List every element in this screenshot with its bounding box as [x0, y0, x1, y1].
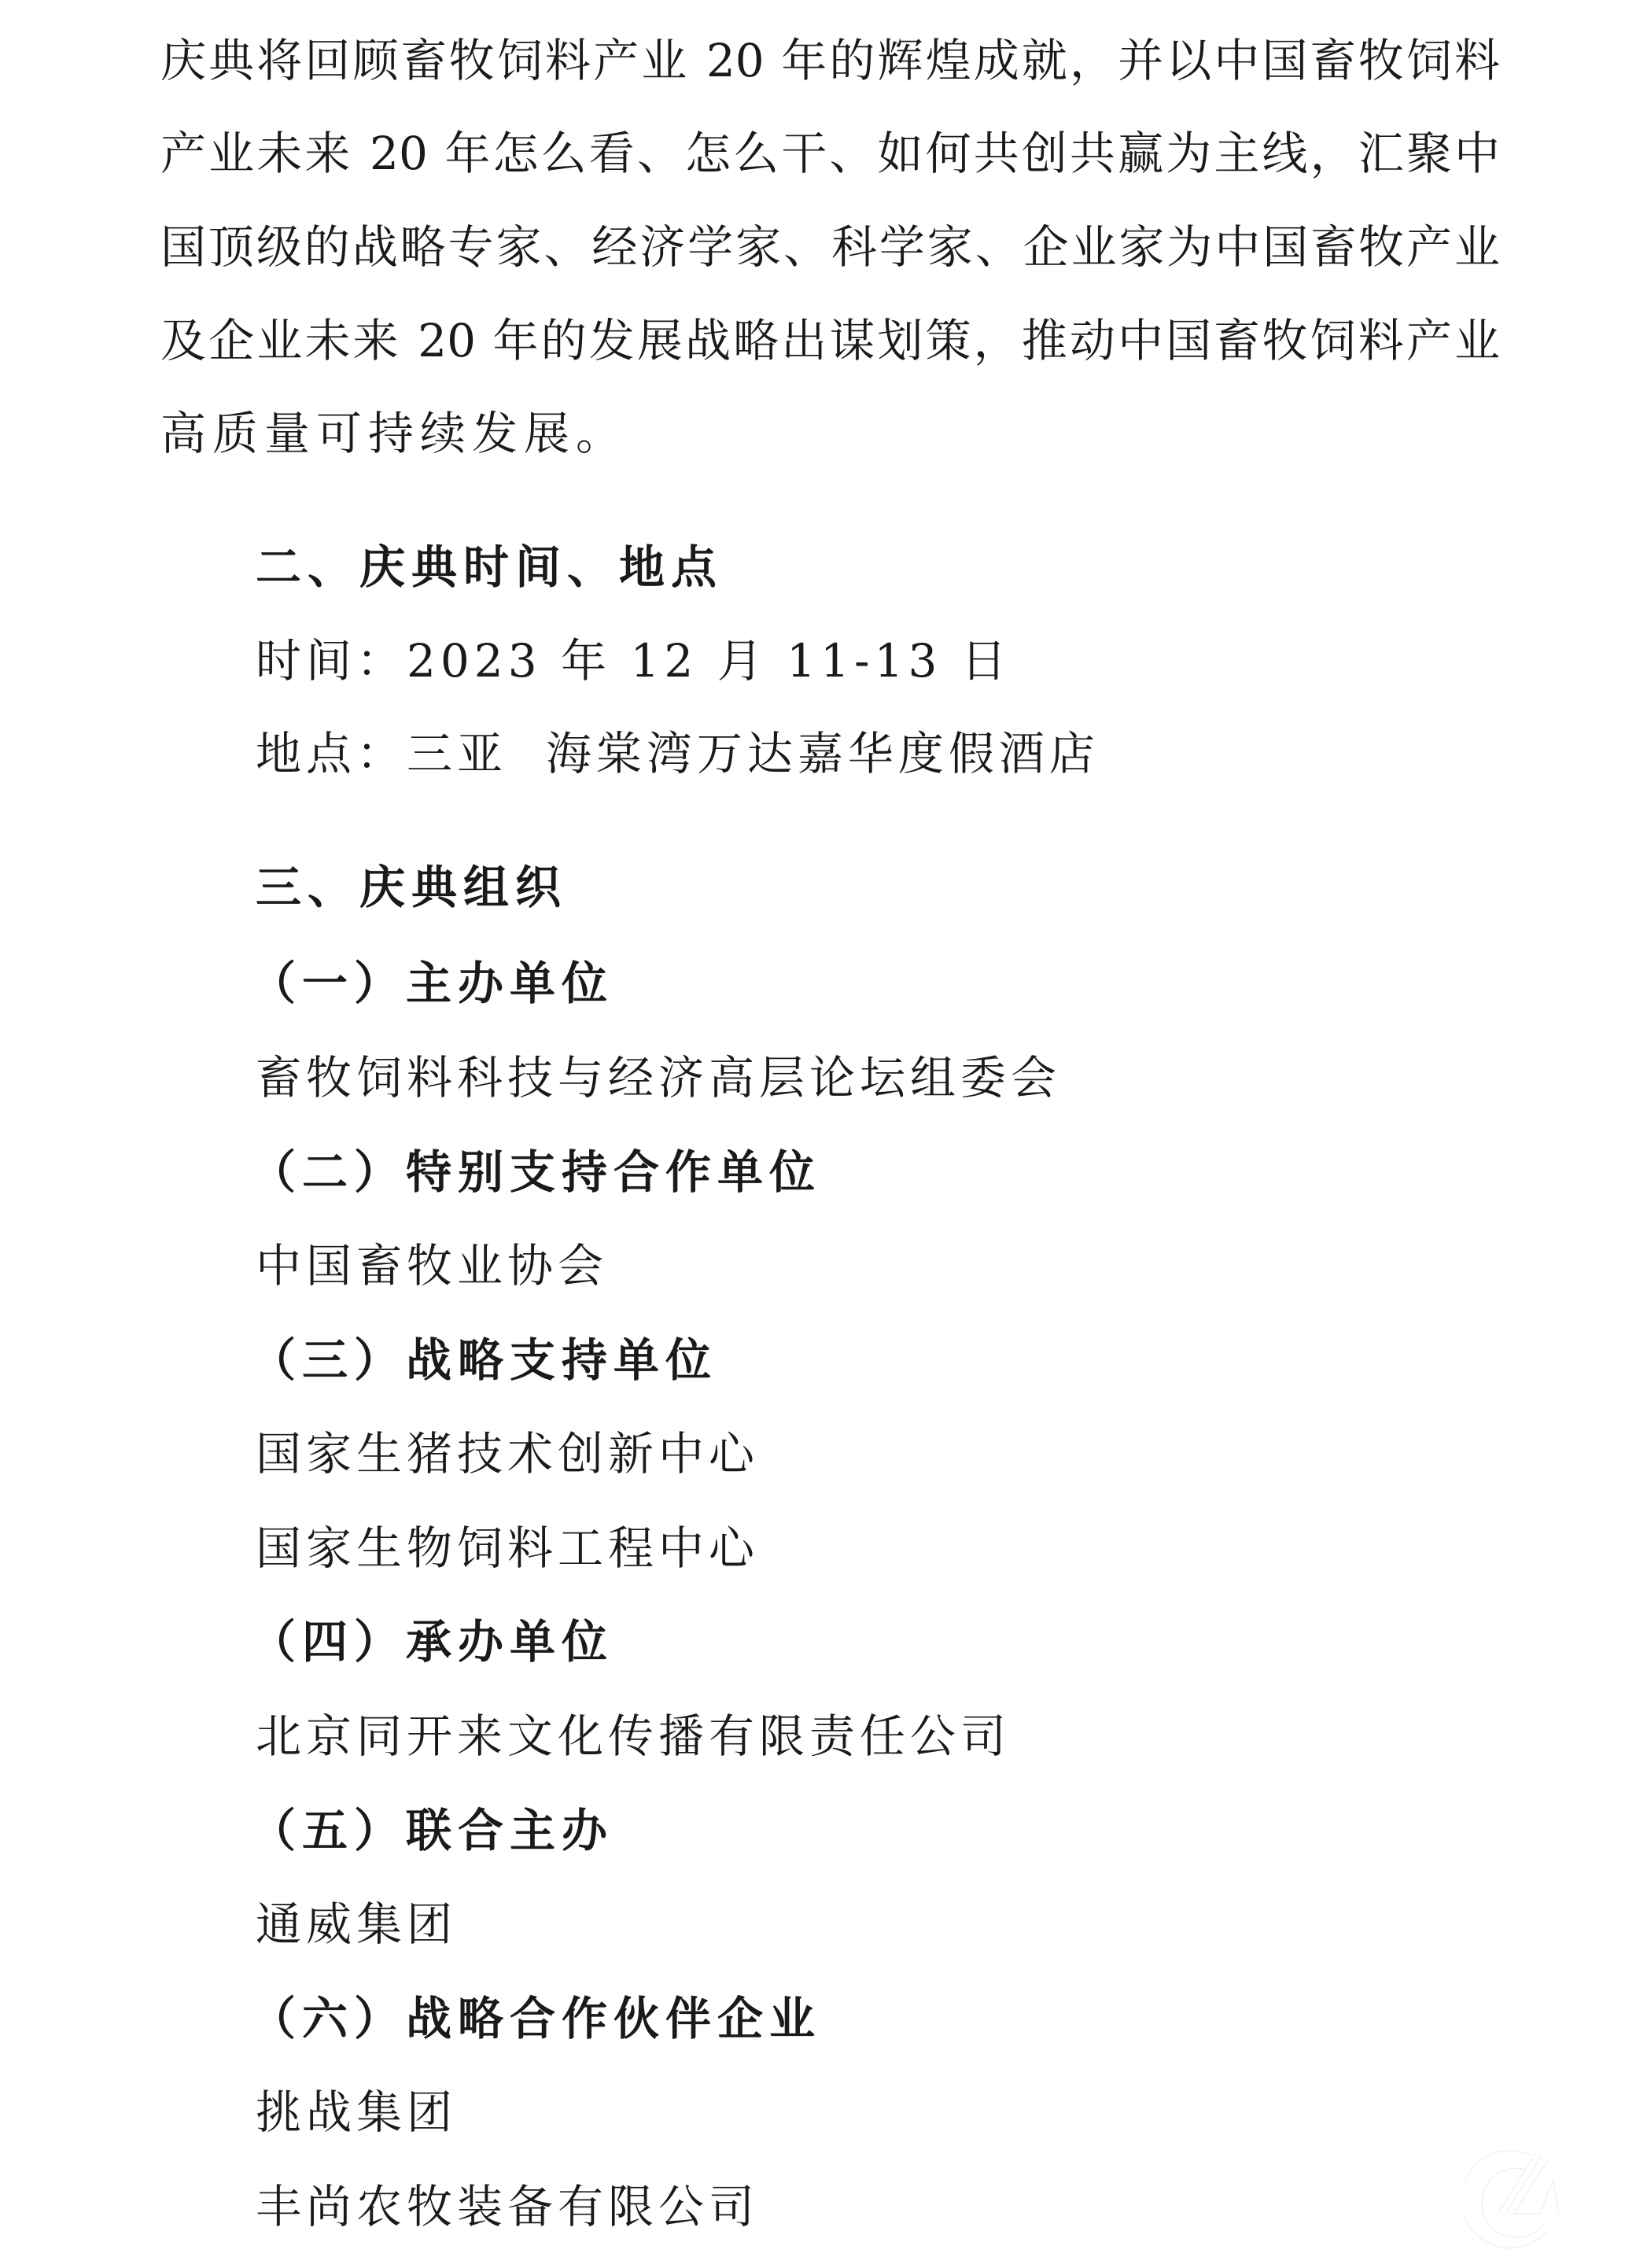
group-item: 通威集团 [256, 1897, 457, 1952]
intro-line: 产业未来 20 年怎么看、怎么干、如何共创共赢为主线，汇聚中 [160, 126, 1500, 181]
group-item: 北京同开来文化传播有限责任公司 [256, 1709, 1011, 1764]
event-place: 地点：三亚 海棠湾万达嘉华度假酒店 [256, 726, 1100, 781]
event-time: 时间：2023 年 12 月 11-13 日 [256, 633, 1011, 688]
group-title-strategic-partners: （六）战略合作伙伴企业 [250, 1991, 821, 2046]
section-heading: 二、庆典时间、地点 [256, 540, 723, 595]
intro-line: 国顶级的战略专家、经济学家、科学家、企业家为中国畜牧产业 [160, 219, 1500, 275]
section-heading: 三、庆典组织 [256, 860, 567, 915]
group-title-special-support: （二）特别支持合作单位 [250, 1145, 821, 1200]
intro-line: 及企业未来 20 年的发展战略出谋划策，推动中国畜牧饲料产业 [160, 313, 1500, 368]
group-item: 丰尚农牧装备有限公司 [256, 2179, 759, 2234]
group-title-co-host: （五）联合主办 [250, 1803, 613, 1858]
group-item: 挑战集团 [256, 2085, 457, 2140]
group-title-strategic-support: （三）战略支持单位 [250, 1333, 717, 1388]
group-item: 畜牧饲料科技与经济高层论坛组委会 [256, 1050, 1061, 1105]
group-title-organizer: （四）承办单位 [250, 1614, 613, 1669]
intro-line: 高质量可持续发展。 [160, 406, 1500, 461]
group-item: 中国畜牧业协会 [256, 1238, 608, 1293]
group-item: 国家生猪技术创新中心 [256, 1426, 759, 1481]
intro-line: 庆典将回顾畜牧饲料产业 20 年的辉煌成就，并以中国畜牧饲料 [160, 33, 1500, 88]
logo-watermark-icon [1465, 2146, 1568, 2250]
group-item: 国家生物饲料工程中心 [256, 1521, 759, 1576]
group-title-host: （一）主办单位 [250, 956, 613, 1011]
